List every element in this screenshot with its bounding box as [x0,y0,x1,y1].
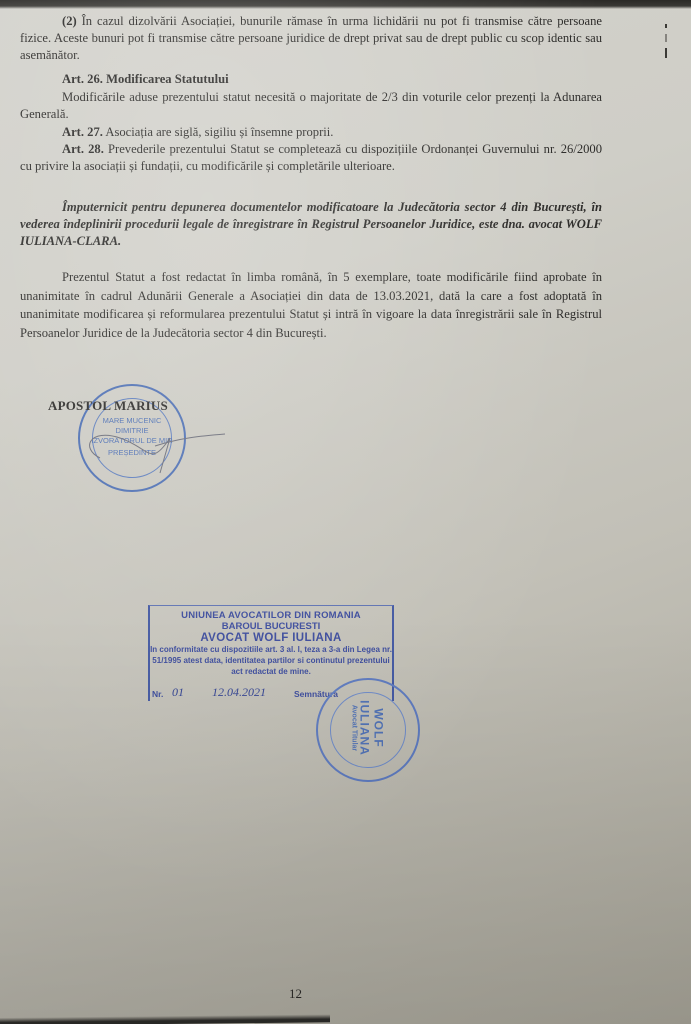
lawyer-name: AVOCAT WOLF IULIANA [150,632,392,644]
article-26-title: Art. 26. Modificarea Statutului [62,72,229,87]
bar-union-name: UNIUNEA AVOCATILOR DIN ROMANIA [150,610,392,621]
paper-edge [0,1014,330,1024]
stamp-name-1: WOLF [372,700,386,756]
article-28-text: Prevederile prezentului Statut se comple… [20,142,602,173]
article-28-label: Art. 28. [62,142,104,156]
paragraph-dissolution: (2) În cazul dizolvării Asociației, bunu… [20,13,602,64]
signer-name: APOSTOL MARIUS [48,398,168,414]
article-26-text: Modificările aduse prezentului statut ne… [20,89,602,123]
margin-marks [664,24,668,58]
attestation-text: In conformitate cu dispozitiile art. 3 a… [150,644,392,677]
stamp-name-vertical: WOLF IULIANA Avocat Titular [351,700,386,756]
date-value: 12.04.2021 [212,685,266,700]
mandate-paragraph: Împuternicit pentru depunerea documentel… [20,199,602,250]
closing-paragraph: Prezentul Statut a fost redactat în limb… [20,268,602,342]
stamp-name-2: IULIANA [358,700,372,756]
document-page: (2) În cazul dizolvării Asociației, bunu… [0,0,691,1024]
paragraph-text: În cazul dizolvării Asociației, bunurile… [20,14,602,62]
bar-name: BAROUL BUCURESTI [150,621,392,632]
lawyer-round-stamp: WOLF IULIANA Avocat Titular [316,678,420,782]
nr-value: 01 [172,685,184,700]
article-28: Art. 28. Prevederile prezentului Statut … [20,141,602,175]
article-27-text: Asociația are siglă, sigiliu și însemne … [103,125,334,139]
article-27: Art. 27. Asociația are siglă, sigiliu și… [20,124,602,141]
signature-scribble [60,418,230,478]
stamp-subtitle: Avocat Titular [351,700,358,756]
page-number: 12 [289,986,302,1002]
paragraph-label: (2) [62,14,77,28]
nr-label: Nr. [152,689,163,699]
article-27-label: Art. 27. [62,125,103,139]
